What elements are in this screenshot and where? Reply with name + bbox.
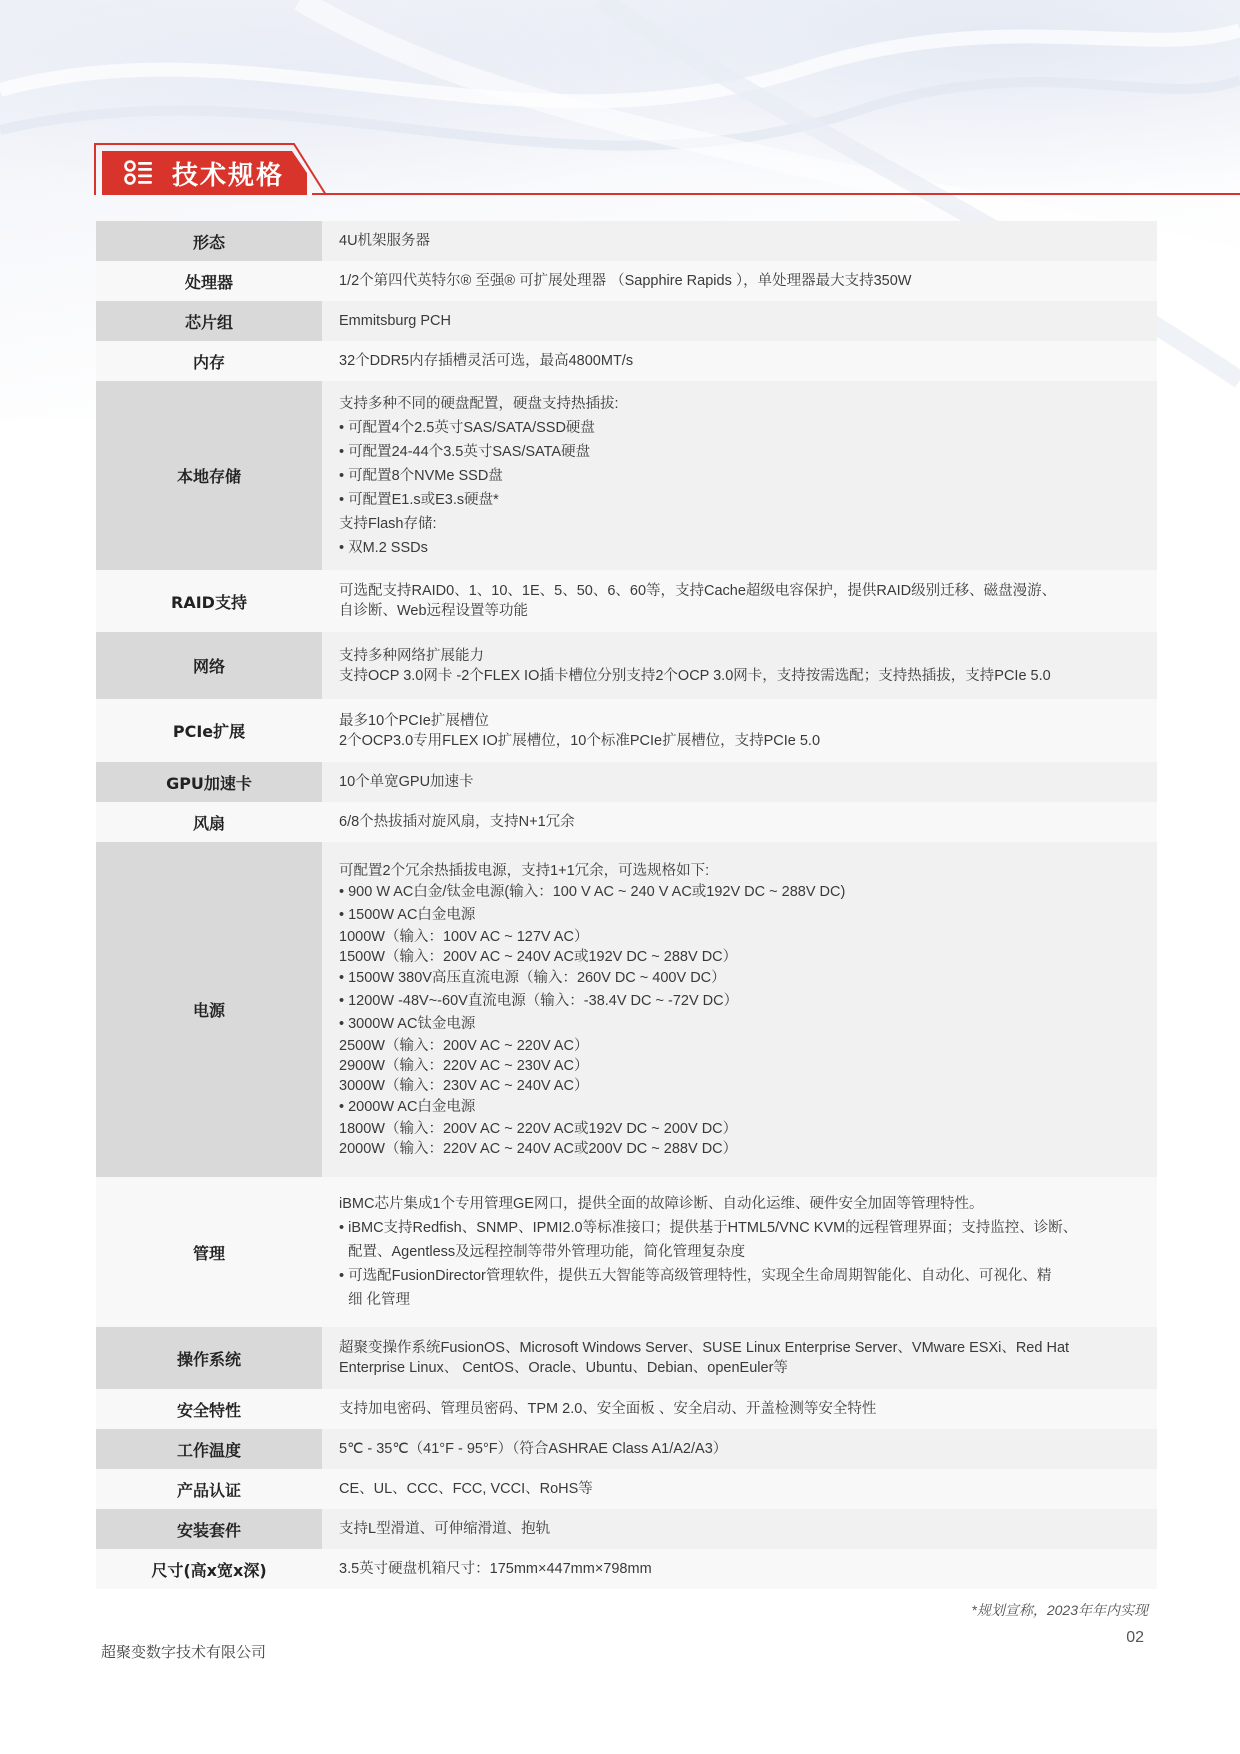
spec-line: 2900W（输入：220V AC ~ 230V AC） <box>339 1056 1141 1076</box>
footnote: *规划宣称，2023年年内实现 <box>971 1600 1148 1620</box>
spec-row-power: 电源 可配置2个冗余热插拔电源，支持1+1冗余，可选规格如下: • 900 W … <box>96 842 1157 1177</box>
spec-line: 3000W（输入：230V AC ~ 240V AC） <box>339 1076 1141 1096</box>
company-name: 超聚变数字技术有限公司 <box>101 1641 266 1662</box>
spec-line: 1/2个第四代英特尔® 至强® 可扩展处理器 （Sapphire Rapids … <box>339 271 1141 291</box>
section-header: 技术规格 <box>94 143 1156 195</box>
spec-label: 芯片组 <box>96 301 322 341</box>
spec-row-temperature: 工作温度 5℃ - 35℃（41°F - 95°F）（符合ASHRAE Clas… <box>96 1429 1157 1469</box>
spec-row-certification: 产品认证 CE、UL、CCC、FCC, VCCI、RoHS等 <box>96 1469 1157 1509</box>
spec-label: 工作温度 <box>96 1429 322 1469</box>
spec-line: 32个DDR5内存插槽灵活可选，最高4800MT/s <box>339 351 1141 371</box>
spec-row-security: 安全特性 支持加电密码、管理员密码、TPM 2.0、安全面板 、安全启动、开盖检… <box>96 1389 1157 1429</box>
spec-label: PCIe扩展 <box>96 699 322 762</box>
spec-table: 形态 4U机架服务器 处理器 1/2个第四代英特尔® 至强® 可扩展处理器 （S… <box>96 221 1157 1589</box>
spec-row-form-factor: 形态 4U机架服务器 <box>96 221 1157 261</box>
spec-line: 1800W（输入：200V AC ~ 220V AC或192V DC ~ 200… <box>339 1119 1141 1139</box>
spec-bullet: • 可选配FusionDirector管理软件，提供五大智能等高级管理特性，实现… <box>339 1264 1141 1288</box>
spec-label: 网络 <box>96 632 322 699</box>
spec-value: 6/8个热拔插对旋风扇，支持N+1冗余 <box>322 802 1157 842</box>
spec-line: 最多10个PCIe扩展槽位 <box>339 711 1141 731</box>
spec-value: 支持L型滑道、可伸缩滑道、抱轨 <box>322 1509 1157 1549</box>
spec-bullet: • 双M.2 SSDs <box>339 536 1141 560</box>
spec-row-processor: 处理器 1/2个第四代英特尔® 至强® 可扩展处理器 （Sapphire Rap… <box>96 261 1157 301</box>
spec-line: 2个OCP3.0专用FLEX IO扩展槽位，10个标准PCIe扩展槽位，支持PC… <box>339 731 1141 751</box>
spec-bullet: • 3000W AC钛金电源 <box>339 1013 1141 1036</box>
spec-label: 安装套件 <box>96 1509 322 1549</box>
spec-line: 5℃ - 35℃（41°F - 95°F）（符合ASHRAE Class A1/… <box>339 1439 1141 1459</box>
spec-label: 产品认证 <box>96 1469 322 1509</box>
spec-line: 3.5英寸硬盘机箱尺寸：175mm×447mm×798mm <box>339 1559 1141 1579</box>
spec-line: 支持多种不同的硬盘配置，硬盘支持热插拔: <box>339 392 1141 416</box>
spec-label: 风扇 <box>96 802 322 842</box>
spec-label: RAID支持 <box>96 570 322 632</box>
spec-row-pcie: PCIe扩展 最多10个PCIe扩展槽位 2个OCP3.0专用FLEX IO扩展… <box>96 699 1157 762</box>
spec-value: 超聚变操作系统FusionOS、Microsoft Windows Server… <box>322 1327 1157 1389</box>
spec-value: CE、UL、CCC、FCC, VCCI、RoHS等 <box>322 1469 1157 1509</box>
spec-row-dimensions: 尺寸(高x宽x深) 3.5英寸硬盘机箱尺寸：175mm×447mm×798mm <box>96 1549 1157 1589</box>
spec-label: 本地存储 <box>96 381 322 570</box>
spec-label: 电源 <box>96 842 322 1177</box>
spec-value: 1/2个第四代英特尔® 至强® 可扩展处理器 （Sapphire Rapids … <box>322 261 1157 301</box>
spec-label: 安全特性 <box>96 1389 322 1429</box>
spec-bullet: • 1500W 380V高压直流电源（输入：260V DC ~ 400V DC） <box>339 967 1141 990</box>
spec-line: 1000W（输入：100V AC ~ 127V AC） <box>339 927 1141 947</box>
spec-line: 配置、Agentless及远程控制等带外管理功能，简化管理复杂度 <box>339 1240 1141 1264</box>
spec-row-network: 网络 支持多种网络扩展能力 支持OCP 3.0网卡 -2个FLEX IO插卡槽位… <box>96 632 1157 699</box>
spec-value: 10个单宽GPU加速卡 <box>322 762 1157 802</box>
spec-bullet: • 900 W AC白金/钛金电源(输入：100 V AC ~ 240 V AC… <box>339 881 1141 904</box>
spec-line: CE、UL、CCC、FCC, VCCI、RoHS等 <box>339 1479 1141 1499</box>
page-number: 02 <box>1126 1629 1144 1647</box>
spec-row-memory: 内存 32个DDR5内存插槽灵活可选，最高4800MT/s <box>96 341 1157 381</box>
spec-label: 处理器 <box>96 261 322 301</box>
spec-value: 支持多种不同的硬盘配置，硬盘支持热插拔: • 可配置4个2.5英寸SAS/SAT… <box>322 381 1157 570</box>
spec-value: 支持多种网络扩展能力 支持OCP 3.0网卡 -2个FLEX IO插卡槽位分别支… <box>322 632 1157 699</box>
spec-line: 1500W（输入：200V AC ~ 240V AC或192V DC ~ 288… <box>339 947 1141 967</box>
spec-row-mounting-kit: 安装套件 支持L型滑道、可伸缩滑道、抱轨 <box>96 1509 1157 1549</box>
header-banner: 技术规格 <box>102 151 307 195</box>
spec-label: GPU加速卡 <box>96 762 322 802</box>
spec-bullet: • 1500W AC白金电源 <box>339 904 1141 927</box>
spec-label: 尺寸(高x宽x深) <box>96 1549 322 1589</box>
spec-line: 6/8个热拔插对旋风扇，支持N+1冗余 <box>339 812 1141 832</box>
spec-row-local-storage: 本地存储 支持多种不同的硬盘配置，硬盘支持热插拔: • 可配置4个2.5英寸SA… <box>96 381 1157 570</box>
spec-line: 支持OCP 3.0网卡 -2个FLEX IO插卡槽位分别支持2个OCP 3.0网… <box>339 666 1141 686</box>
spec-line: 自诊断、Web远程设置等功能 <box>339 601 1141 621</box>
spec-row-fan: 风扇 6/8个热拔插对旋风扇，支持N+1冗余 <box>96 802 1157 842</box>
spec-line: 细 化管理 <box>339 1288 1141 1312</box>
spec-line: iBMC芯片集成1个专用管理GE网口，提供全面的故障诊断、自动化运维、硬件安全加… <box>339 1192 1141 1216</box>
spec-label: 管理 <box>96 1177 322 1327</box>
spec-value: iBMC芯片集成1个专用管理GE网口，提供全面的故障诊断、自动化运维、硬件安全加… <box>322 1177 1157 1327</box>
spec-value: 5℃ - 35℃（41°F - 95°F）（符合ASHRAE Class A1/… <box>322 1429 1157 1469</box>
spec-value: 可配置2个冗余热插拔电源，支持1+1冗余，可选规格如下: • 900 W AC白… <box>322 842 1157 1177</box>
spec-line: 超聚变操作系统FusionOS、Microsoft Windows Server… <box>339 1338 1141 1358</box>
spec-row-os: 操作系统 超聚变操作系统FusionOS、Microsoft Windows S… <box>96 1327 1157 1389</box>
section-title: 技术规格 <box>172 155 284 192</box>
spec-bullet: • 可配置E1.s或E3.s硬盘* <box>339 488 1141 512</box>
spec-value: 4U机架服务器 <box>322 221 1157 261</box>
spec-value: Emmitsburg PCH <box>322 301 1157 341</box>
spec-value: 3.5英寸硬盘机箱尺寸：175mm×447mm×798mm <box>322 1549 1157 1589</box>
spec-line: 2500W（输入：200V AC ~ 220V AC） <box>339 1036 1141 1056</box>
spec-line: 支持多种网络扩展能力 <box>339 646 1141 666</box>
header-rule <box>312 193 1240 195</box>
spec-value: 支持加电密码、管理员密码、TPM 2.0、安全面板 、安全启动、开盖检测等安全特… <box>322 1389 1157 1429</box>
spec-list-icon <box>124 159 154 187</box>
spec-line: 2000W（输入：220V AC ~ 240V AC或200V DC ~ 288… <box>339 1139 1141 1159</box>
spec-line: 10个单宽GPU加速卡 <box>339 772 1141 792</box>
spec-label: 形态 <box>96 221 322 261</box>
spec-bullet: • 可配置24-44个3.5英寸SAS/SATA硬盘 <box>339 440 1141 464</box>
spec-line: 可选配支持RAID0、1、10、1E、5、50、6、60等，支持Cache超级电… <box>339 581 1141 601</box>
spec-row-gpu: GPU加速卡 10个单宽GPU加速卡 <box>96 762 1157 802</box>
spec-value: 可选配支持RAID0、1、10、1E、5、50、6、60等，支持Cache超级电… <box>322 570 1157 632</box>
spec-value: 最多10个PCIe扩展槽位 2个OCP3.0专用FLEX IO扩展槽位，10个标… <box>322 699 1157 762</box>
spec-line: 4U机架服务器 <box>339 231 1141 251</box>
spec-line: 支持加电密码、管理员密码、TPM 2.0、安全面板 、安全启动、开盖检测等安全特… <box>339 1399 1141 1419</box>
spec-row-raid: RAID支持 可选配支持RAID0、1、10、1E、5、50、6、60等，支持C… <box>96 570 1157 632</box>
spec-value: 32个DDR5内存插槽灵活可选，最高4800MT/s <box>322 341 1157 381</box>
spec-row-management: 管理 iBMC芯片集成1个专用管理GE网口，提供全面的故障诊断、自动化运维、硬件… <box>96 1177 1157 1327</box>
spec-bullet: • 1200W -48V~-60V直流电源（输入：-38.4V DC ~ -72… <box>339 990 1141 1013</box>
spec-label: 操作系统 <box>96 1327 322 1389</box>
spec-bullet: • 2000W AC白金电源 <box>339 1096 1141 1119</box>
spec-bullet: • 可配置4个2.5英寸SAS/SATA/SSD硬盘 <box>339 416 1141 440</box>
spec-line: 支持Flash存储: <box>339 512 1141 536</box>
spec-bullet: • 可配置8个NVMe SSD盘 <box>339 464 1141 488</box>
spec-label: 内存 <box>96 341 322 381</box>
spec-row-chipset: 芯片组 Emmitsburg PCH <box>96 301 1157 341</box>
spec-line: 可配置2个冗余热插拔电源，支持1+1冗余，可选规格如下: <box>339 861 1141 881</box>
spec-bullet: • iBMC支持Redfish、SNMP、IPMI2.0等标准接口；提供基于HT… <box>339 1216 1141 1240</box>
spec-line: 支持L型滑道、可伸缩滑道、抱轨 <box>339 1519 1141 1539</box>
spec-line: Enterprise Linux、 CentOS、Oracle、Ubuntu、D… <box>339 1358 1141 1378</box>
spec-line: Emmitsburg PCH <box>339 311 1141 331</box>
